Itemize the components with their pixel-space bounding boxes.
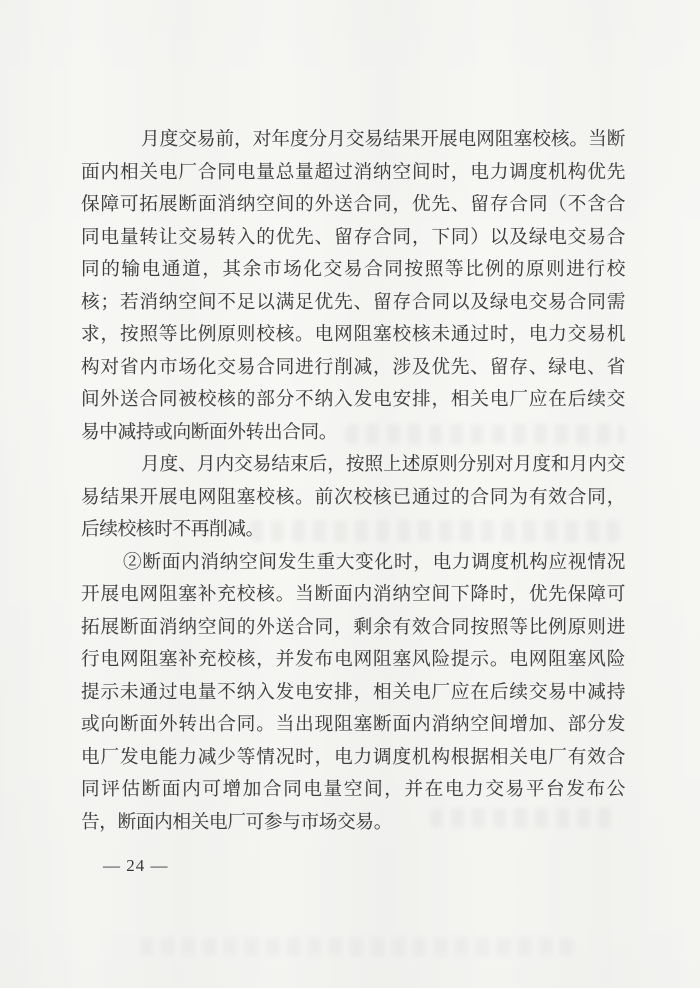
text-line: 同评估断面内可增加合同电量空间，并在电力交易平台发布公 [81, 774, 625, 807]
text-line: 开展电网阻塞补充校核。当断面内消纳空间下降时，优先保障可 [81, 579, 625, 612]
text-line: 易结果开展电网阻塞校核。前次校核已通过的合同为有效合同， [81, 482, 625, 515]
text-line: 告，断面内相关电厂可参与市场交易。 [81, 807, 625, 840]
text-line: 构对省内市场化交易合同进行削减，涉及优先、留存、绿电、省 [81, 352, 625, 385]
text-line: 易中减持或向断面外转出合同。 [81, 417, 625, 450]
text-line: 同的输电通道，其余市场化交易合同按照等比例的原则进行校 [81, 254, 625, 287]
paragraph: ②断面内消纳空间发生重大变化时，电力调度机构应视情况 开展电网阻塞补充校核。当断… [81, 547, 625, 840]
text-line: 拓展断面消纳空间的外送合同，剩余有效合同按照等比例原则进 [81, 612, 625, 645]
page-number: — 24 — [103, 856, 169, 876]
scan-artifact [140, 938, 580, 956]
paragraph: 月度交易前，对年度分月交易结果开展电网阻塞校核。当断 面内相关电厂合同电量总量超… [81, 124, 625, 449]
text-line: ②断面内消纳空间发生重大变化时，电力调度机构应视情况 [81, 547, 625, 580]
paragraph: 月度、月内交易结束后，按照上述原则分别对月度和月内交 易结果开展电网阻塞校核。前… [81, 449, 625, 547]
text-line: 月度、月内交易结束后，按照上述原则分别对月度和月内交 [81, 449, 625, 482]
text-line: 面内相关电厂合同电量总量超过消纳空间时，电力调度机构优先 [81, 157, 625, 190]
text-line: 同电量转让交易转入的优先、留存合同，下同）以及绿电交易合 [81, 222, 625, 255]
body-text: 月度交易前，对年度分月交易结果开展电网阻塞校核。当断 面内相关电厂合同电量总量超… [81, 124, 625, 839]
text-line: 保障可拓展断面消纳空间的外送合同，优先、留存合同（不含合 [81, 189, 625, 222]
text-line: 行电网阻塞补充校核，并发布电网阻塞风险提示。电网阻塞风险 [81, 644, 625, 677]
text-line: 核；若消纳空间不足以满足优先、留存合同以及绿电交易合同需 [81, 287, 625, 320]
text-line: 提示未通过电量不纳入发电安排，相关电厂应在后续交易中减持 [81, 677, 625, 710]
text-line: 月度交易前，对年度分月交易结果开展电网阻塞校核。当断 [81, 124, 625, 157]
document-page: 月度交易前，对年度分月交易结果开展电网阻塞校核。当断 面内相关电厂合同电量总量超… [0, 0, 700, 988]
text-line: 求，按照等比例原则校核。电网阻塞校核未通过时，电力交易机 [81, 319, 625, 352]
text-line: 或向断面外转出合同。当出现阻塞断面内消纳空间增加、部分发 [81, 709, 625, 742]
text-line: 间外送合同被校核的部分不纳入发电安排，相关电厂应在后续交 [81, 384, 625, 417]
text-line: 电厂发电能力减少等情况时，电力调度机构根据相关电厂有效合 [81, 742, 625, 775]
text-line: 后续校核时不再削减。 [81, 514, 625, 547]
